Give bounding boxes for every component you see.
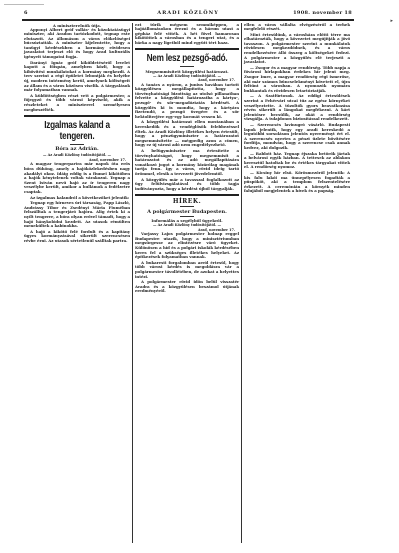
headline: Izgalmas kaland a tengeren. — [34, 120, 121, 142]
news-item: — Szerencsés lavinugró vásárló. Budapest… — [244, 123, 350, 151]
scan-edge-mark — [4, 4, 44, 5]
section-title: HÍREK. — [135, 199, 239, 205]
columns: A miniszterelnök útja. Apponyi Albert gr… — [22, 23, 354, 543]
column-2: ezt tűrik mégsem semmiképpen, a hajóállo… — [132, 23, 242, 543]
paragraph: Tegnap egy hírneves úri társaság, Papp L… — [24, 201, 130, 229]
issue-date: 1908. november 18 — [293, 10, 352, 16]
paragraph: A tanács a nyáron, a junius havában tart… — [135, 83, 239, 120]
scan-artifact: ▸ — [390, 18, 393, 24]
column-1: A miniszterelnök útja. Apponyi Albert gr… — [22, 23, 132, 543]
paragraph: A hajó a kikötő felé fordult és a kapitá… — [24, 230, 130, 244]
newspaper-page: 6 ARADI KÖZLÖNY 1908. november 18 A mini… — [22, 8, 354, 543]
paragraph: A közgyűlés már a tavasszal foglalkozott… — [135, 178, 239, 192]
short-rule — [70, 144, 84, 145]
short-rule — [180, 216, 194, 217]
paragraph: A küldöttségben részt vett a polgármeste… — [24, 94, 130, 112]
paragraph: A polgármester rövid időn belül visszaté… — [135, 280, 239, 294]
header-rule — [22, 19, 354, 21]
news-item: — Rablott ház. Tegnap éjszaka betörők já… — [244, 152, 350, 170]
article-separator — [135, 194, 239, 195]
article-separator — [24, 115, 130, 116]
paragraph: A belügyminiszter ma értesítette a törvé… — [135, 149, 239, 177]
paragraph: A közgyűlési határozat ellen mostanában … — [135, 120, 239, 148]
news-item: — A Szatfürtosok. Az eddigi értesülések … — [244, 94, 350, 122]
subheadline: Bóra az Adrián. — [24, 146, 130, 152]
paragraph: Darányi Ignác gróf kiküldetéséről levele… — [24, 61, 130, 93]
paragraph: A magyar tengerpartra már napok óta erős… — [24, 162, 130, 194]
short-rule — [180, 66, 194, 67]
headline: A polgármester Budapesten. — [135, 209, 239, 215]
paragraph: A bukaresti forgalomban arról értesül, h… — [135, 261, 239, 279]
subheadline: Megsemmisített közgyűlési határozat. — [135, 69, 239, 74]
paragraph: Mint értesülünk, a városháza előtti térr… — [244, 33, 350, 65]
paragraph: Apponyi Albert gróf vallás- és közoktatá… — [24, 28, 130, 60]
headline: Nem lesz pezsgő-adó. — [144, 53, 229, 64]
news-item: — Kicsiny hír első. Kőrösmezőről jelenti… — [244, 171, 350, 194]
article-separator — [135, 48, 239, 49]
news-item: — Zsogor és a magyar rendőrség. Több nap… — [244, 66, 350, 94]
page-header: 6 ARADI KÖZLÖNY 1908. november 18 — [22, 8, 354, 18]
paragraph: ellen a város vállalta elvégzéséről a te… — [244, 23, 350, 32]
paragraph: ezt tűrik mégsem semmiképpen, a hajóállo… — [135, 23, 239, 46]
short-rule — [180, 206, 194, 207]
paragraph: Varjassy Lajos polgármester holnap regge… — [135, 232, 239, 260]
column-3: ellen a város vállalta elvégzéséről a te… — [242, 23, 352, 543]
